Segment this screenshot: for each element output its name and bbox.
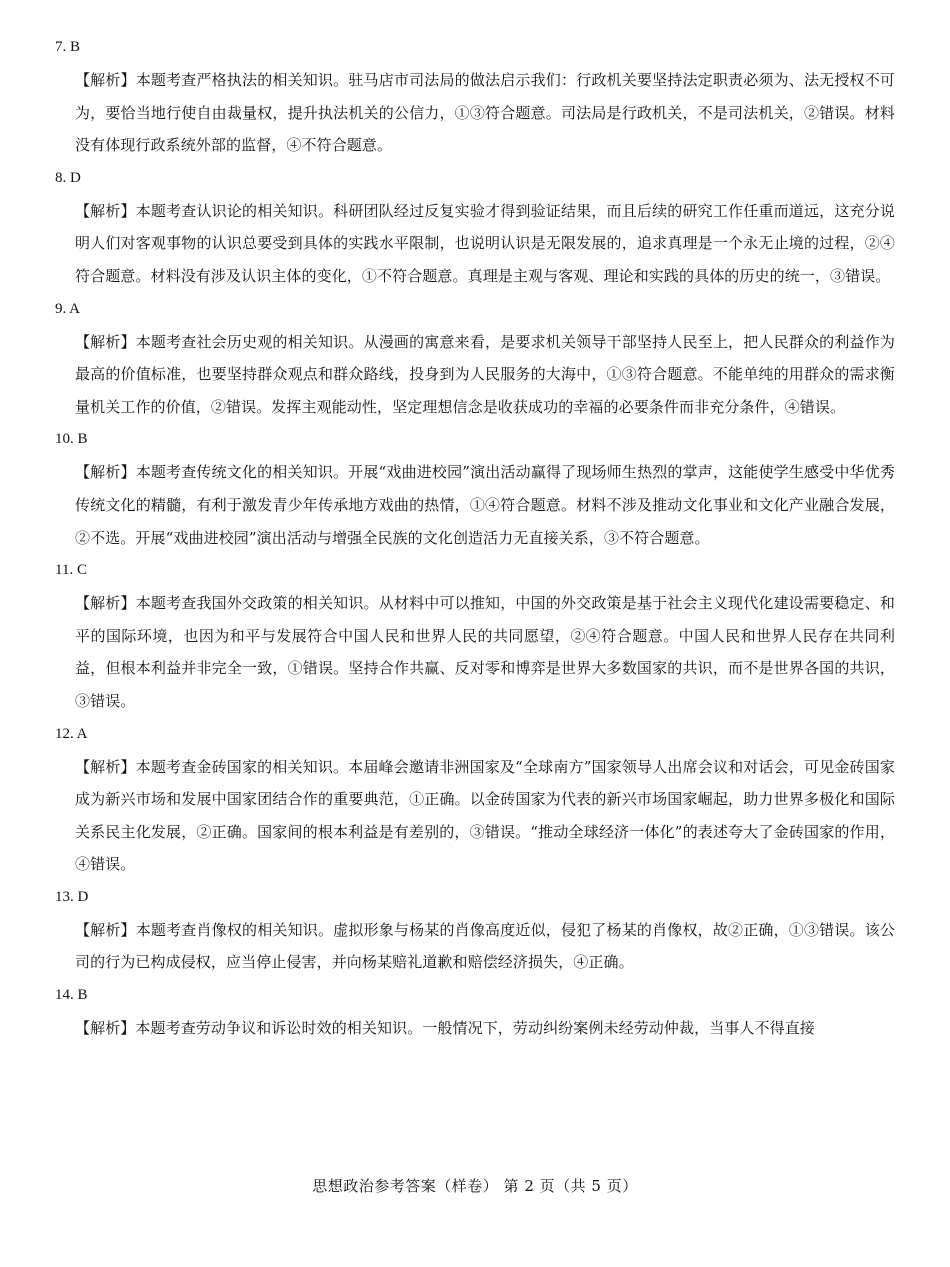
answer-list: 7. B 【解析】本题考查严格执法的相关知识。驻马店市司法局的做法启示我们：行政… [55, 31, 895, 1045]
document-page: 7. B 【解析】本题考查严格执法的相关知识。驻马店市司法局的做法启示我们：行政… [0, 0, 950, 1267]
analysis-10: 【解析】本题考查传统文化的相关知识。开展“戏曲进校园”演出活动赢得了现场师生热烈… [75, 456, 895, 554]
analysis-11: 【解析】本题考查我国外交政策的相关知识。从材料中可以推知，中国的外交政策是基于社… [75, 587, 895, 717]
page-footer: 思想政治参考答案（样卷） 第 2 页（共 5 页） [0, 1174, 950, 1198]
answer-8: 8. D [55, 162, 895, 195]
analysis-12: 【解析】本题考查金砖国家的相关知识。本届峰会邀请非洲国家及“全球南方”国家领导人… [75, 751, 895, 881]
answer-10: 10. B [55, 423, 895, 456]
analysis-7: 【解析】本题考查严格执法的相关知识。驻马店市司法局的做法启示我们：行政机关要坚持… [75, 64, 895, 162]
answer-11: 11. C [55, 554, 895, 587]
analysis-14: 【解析】本题考查劳动争议和诉讼时效的相关知识。一般情况下，劳动纠纷案例未经劳动仲… [75, 1012, 895, 1045]
analysis-13: 【解析】本题考查肖像权的相关知识。虚拟形象与杨某的肖像高度近似，侵犯了杨某的肖像… [75, 914, 895, 979]
answer-14: 14. B [55, 979, 895, 1012]
analysis-9: 【解析】本题考查社会历史观的相关知识。从漫画的寓意来看，是要求机关领导干部坚持人… [75, 326, 895, 424]
analysis-8: 【解析】本题考查认识论的相关知识。科研团队经过反复实验才得到验证结果，而且后续的… [75, 195, 895, 293]
answer-7: 7. B [55, 31, 895, 64]
answer-12: 12. A [55, 718, 895, 751]
answer-13: 13. D [55, 881, 895, 914]
answer-9: 9. A [55, 293, 895, 326]
